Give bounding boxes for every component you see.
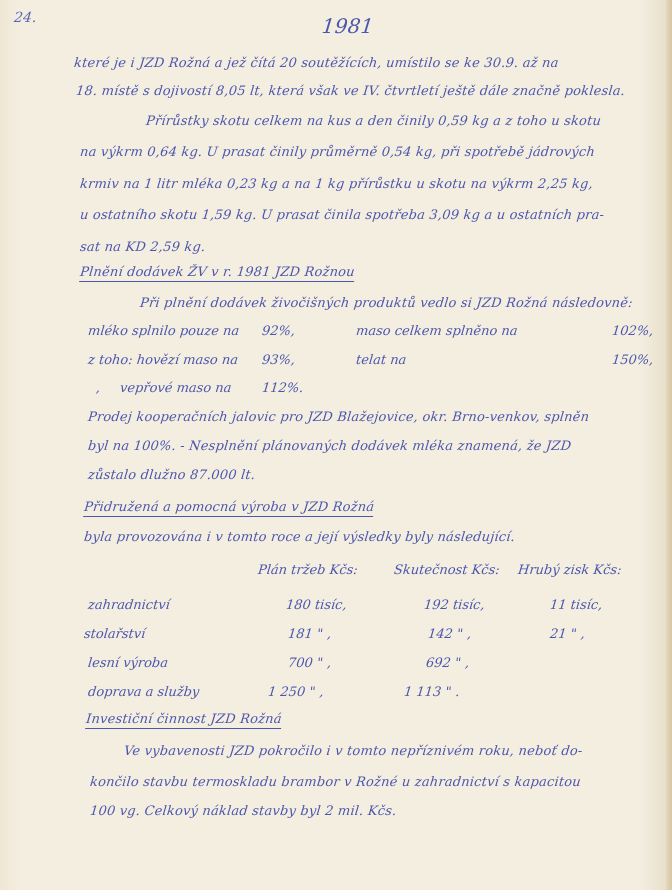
delivery-value: 150%,	[611, 353, 654, 368]
table-cell: 11 tisíc,	[549, 598, 603, 613]
ditto-mark: ,	[95, 381, 101, 396]
table-cell: stolařství	[83, 627, 146, 642]
text-line: 18. místě s dojivostí 8,05 lt, která vša…	[75, 84, 626, 99]
delivery-value: 112%.	[261, 381, 304, 396]
text-line: Ve vybavenosti JZD pokročilo i v tomto n…	[123, 744, 583, 759]
text-line: 100 vg. Celkový náklad stavby byl 2 mil.…	[89, 804, 397, 819]
column-header: Plán tržeb Kčs:	[257, 563, 358, 578]
table-cell: lesní výroba	[87, 656, 169, 671]
table-cell: 1 250 " ,	[267, 685, 324, 700]
table-cell: 181 " ,	[287, 627, 332, 642]
text-line: sat na KD 2,59 kg.	[79, 240, 206, 255]
text-line: byla provozována i v tomto roce a její v…	[83, 530, 516, 545]
delivery-value: 92%,	[261, 324, 296, 339]
table-cell: 142 " ,	[427, 627, 472, 642]
text-line: na výkrm 0,64 kg. U prasat činily průměr…	[79, 145, 595, 160]
table-cell: 192 tisíc,	[423, 598, 485, 613]
text-line: Přírůstky skotu celkem na kus a den čini…	[145, 114, 602, 129]
section-heading: Investiční činnost JZD Rožná	[85, 712, 282, 729]
table-cell: 1 113 " .	[403, 685, 460, 700]
text-line: byl na 100%. - Nesplnění plánovaných dod…	[87, 439, 572, 454]
table-cell: 21 " ,	[549, 627, 585, 642]
text-line: končilo stavbu termoskladu brambor v Rož…	[89, 775, 581, 790]
delivery-label: vepřové maso na	[119, 381, 232, 396]
delivery-label: telat na	[355, 353, 407, 368]
column-header: Skutečnost Kčs:	[393, 563, 500, 578]
delivery-label: z toho: hovězí maso na	[87, 353, 239, 368]
document-page: 24. 1981 které je i JZD Rožná a jež čítá…	[0, 0, 672, 890]
text-line: které je i JZD Rožná a jež čítá 20 soutě…	[73, 56, 559, 71]
delivery-label: maso celkem splněno na	[355, 324, 518, 339]
page-edge	[666, 0, 672, 890]
table-cell: doprava a služby	[87, 685, 200, 700]
table-cell: 180 tisíc,	[285, 598, 347, 613]
table-cell: 700 " ,	[287, 656, 332, 671]
delivery-label: mléko splnilo pouze na	[87, 324, 240, 339]
text-line: krmiv na 1 litr mléka 0,23 kg a na 1 kg …	[79, 177, 593, 192]
page-number: 24.	[13, 10, 38, 26]
text-line: zůstalo dlužno 87.000 lt.	[87, 468, 256, 483]
text-line: u ostatního skotu 1,59 kg. U prasat čini…	[79, 208, 605, 223]
delivery-value: 93%,	[261, 353, 296, 368]
delivery-value: 102%,	[611, 324, 654, 339]
table-cell: zahradnictví	[87, 598, 170, 613]
table-cell: 692 " ,	[425, 656, 470, 671]
section-heading: Plnění dodávek ŽV v r. 1981 JZD Rožnou	[79, 265, 355, 282]
text-line: Prodej kooperačních jalovic pro JZD Blaž…	[87, 410, 590, 425]
column-header: Hrubý zisk Kčs:	[517, 563, 622, 578]
text-line: Při plnění dodávek živočišných produktů …	[139, 296, 633, 311]
year-heading: 1981	[321, 14, 375, 38]
section-heading: Přidružená a pomocná výroba v JZD Rožná	[83, 500, 375, 517]
